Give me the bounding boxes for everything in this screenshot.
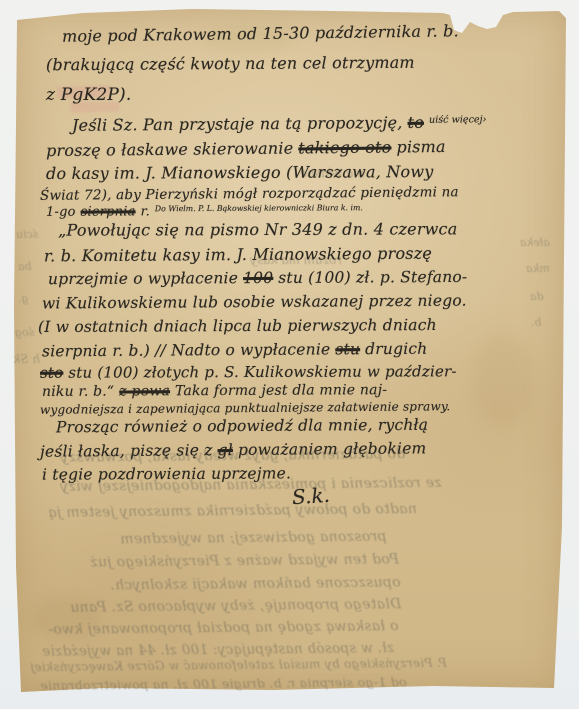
letter-text: stu (100) zł. p. Stefano- bbox=[278, 268, 467, 287]
letter-text: sierpnia r. b.) // Nadto o wypłacenie bbox=[42, 340, 330, 360]
letter-text: 1-go bbox=[46, 205, 76, 220]
letter-text: do kasy im. J. Mianowskiego (Warszawa, N… bbox=[46, 162, 434, 183]
handwriting-line: proszę o łaskawe skierowanietakiego otop… bbox=[46, 137, 451, 160]
handwriting-line: z PgK2P). bbox=[46, 85, 136, 105]
letter-text: Świat 72), aby Pierzyński mógł rozporząd… bbox=[40, 184, 459, 204]
handwriting-line: (brakującą część kwoty na ten cel otrzym… bbox=[46, 53, 420, 75]
handwriting-line: wygodniejsza i zapewniająca punktualniej… bbox=[40, 399, 455, 417]
handwriting-line: r. b. Komitetu kasy im. J. Mianowskiego … bbox=[44, 244, 437, 266]
strikethrough-text: to bbox=[407, 113, 424, 132]
letter-text: proszę o łaskawe skierowanie bbox=[46, 139, 294, 161]
letter-text: i tęgie pozdrowienia uprzejme. bbox=[42, 464, 291, 483]
scanner-background: do października, gdyż wtedy łaska, pozwa… bbox=[0, 0, 579, 709]
handwriting-line: Jeśli Sz. Pan przystaje na tą propozycję… bbox=[72, 112, 492, 135]
handwriting-line: moje pod Krakowem od 15-30 października … bbox=[62, 21, 464, 46]
letter-text: (brakującą część kwoty na ten cel otrzym… bbox=[46, 53, 415, 75]
letter-text: stu (100) złotych p. S. Kulikowskiemu w … bbox=[68, 362, 456, 381]
handwriting-line: 1-gosierpniar.Do Wielm. P. L. Bąkowskiej… bbox=[46, 203, 368, 220]
signature: S.k. bbox=[291, 483, 330, 510]
handwriting-line: uprzejmie o wypłacenie100stu (100) zł. p… bbox=[48, 268, 472, 288]
letter-text: niku r. b.“ bbox=[42, 384, 114, 400]
letter-text: poważaniem głębokiem bbox=[238, 439, 427, 459]
strikethrough-text: z powa bbox=[119, 383, 170, 399]
handwriting-line: niku r. b.“z powaTaka forma jest dla mni… bbox=[42, 382, 392, 400]
strikethrough-text: takiego oto bbox=[298, 138, 391, 158]
letter-text: „Powołując się na pismo Nr 349 z dn. 4 c… bbox=[58, 219, 458, 239]
letter-text: moje pod Krakowem od 15-30 października … bbox=[62, 21, 459, 46]
handwriting-line: jeśli łaska, piszę się zgłpoważaniem głę… bbox=[40, 439, 432, 460]
strikethrough-text: stu bbox=[335, 340, 360, 358]
handwriting-line: sierpnia r. b.) // Nadto o wypłaceniestu… bbox=[42, 340, 433, 361]
handwriting-line: (I w ostatnich dniach lipca lub pierwszy… bbox=[38, 316, 442, 336]
letter-text: Jeśli Sz. Pan przystaje na tą propozycję… bbox=[72, 113, 403, 135]
handwriting-line: wi Kulikowskiemu lub osobie wskazanej pr… bbox=[42, 292, 472, 313]
handwriting-layer: moje pod Krakowem od 15-30 października … bbox=[0, 0, 579, 709]
inserted-text: uiść więcej› bbox=[429, 114, 487, 126]
handwriting-line: Prosząc również o odpowiedź dla mnie, ry… bbox=[56, 416, 433, 437]
strikethrough-text: sierpnia bbox=[81, 204, 136, 219]
strikethrough-text: sto bbox=[40, 364, 63, 382]
letter-text: wygodniejsza i zapewniająca punktualniej… bbox=[40, 399, 450, 417]
letter-text: uprzejmie o wypłacenie bbox=[48, 269, 238, 288]
letter-text: drugich bbox=[365, 340, 427, 358]
handwriting-line: do kasy im. J. Mianowskiego (Warszawa, N… bbox=[46, 162, 439, 183]
strikethrough-text: 100 bbox=[243, 269, 273, 287]
letter-text: wi Kulikowskiemu lub osobie wskazanej pr… bbox=[42, 292, 467, 313]
letter-text: Prosząc również o odpowiedź dla mnie, ry… bbox=[56, 416, 428, 437]
inserted-text: Do Wielm. P. L. Bąkowskiej kierowniczki … bbox=[155, 203, 363, 213]
letter-text: (I w ostatnich dniach lipca lub pierwszy… bbox=[38, 316, 437, 336]
letter-text: Taka forma jest dla mnie naj- bbox=[175, 382, 387, 399]
handwriting-line: i tęgie pozdrowienia uprzejme. bbox=[42, 464, 296, 483]
letter-text: jeśli łaska, piszę się z bbox=[40, 441, 213, 461]
letter-text: r. b. Komitetu kasy im. J. Mianowskiego … bbox=[44, 244, 432, 266]
letter-text: r. bbox=[141, 204, 150, 219]
handwriting-line: Świat 72), aby Pierzyński mógł rozporząd… bbox=[40, 184, 464, 204]
handwriting-line: „Powołując się na pismo Nr 349 z dn. 4 c… bbox=[58, 219, 463, 239]
handwriting-line: stostu (100) złotych p. S. Kulikowskiemu… bbox=[40, 362, 462, 381]
letter-text: pisma bbox=[396, 137, 445, 157]
strikethrough-text: gł bbox=[217, 441, 233, 459]
letter-text: z PgK2P). bbox=[46, 85, 131, 105]
